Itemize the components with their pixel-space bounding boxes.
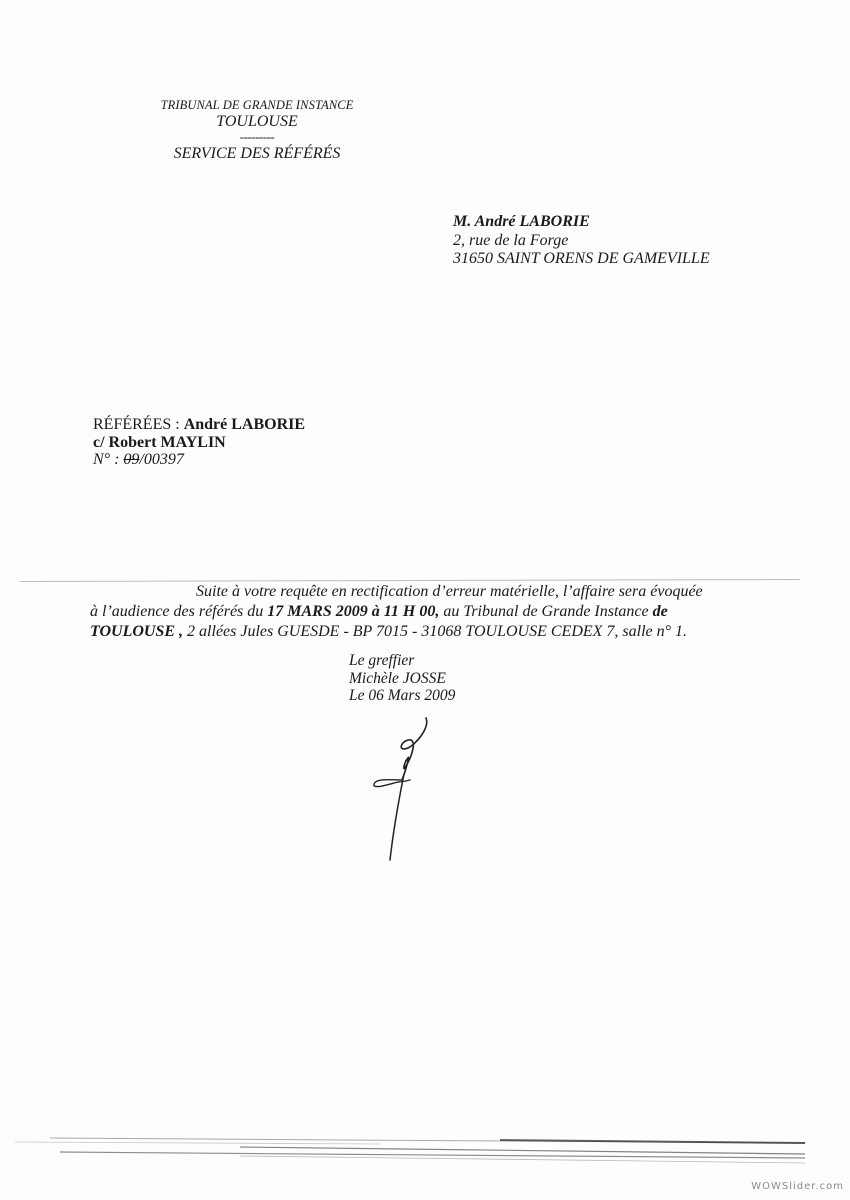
case-number-rest: /00397 (139, 451, 183, 468)
body-line-3: TOULOUSE , 2 allées Jules GUESDE - BP 70… (90, 622, 750, 642)
court-address: 2 allées Jules GUESDE - BP 7015 - 31068 … (183, 623, 687, 640)
handwritten-signature-icon (368, 714, 448, 864)
case-number-label: N° : (93, 451, 123, 468)
recipient-street: 2, rue de la Forge (453, 232, 710, 251)
body-line-2-start: à l’audience des référés du (90, 603, 267, 620)
signature-block: Le greffier Michèle JOSSE Le 06 Mars 200… (349, 652, 455, 705)
body-line-1: Suite à votre requête en rectification d… (90, 582, 750, 602)
signatory-role: Le greffier (349, 652, 455, 670)
recipient-address: M. André LABORIE 2, rue de la Forge 3165… (453, 213, 710, 269)
recipient-postal-city: 31650 SAINT ORENS DE GAMEVILLE (453, 250, 710, 269)
recipient-name: M. André LABORIE (453, 213, 710, 232)
body-line-2-end: au Tribunal de Grande Instance (439, 603, 652, 620)
watermark: WOWSlider.com (751, 1181, 844, 1192)
plaintiff-name: André LABORIE (184, 416, 305, 433)
case-parties: RÉFÉRÉES : André LABORIE c/ Robert MAYLI… (93, 416, 305, 469)
case-number-struck: 09 (123, 451, 139, 468)
signatory-name: Michèle JOSSE (349, 670, 455, 688)
footer-scan-lines (0, 1125, 850, 1175)
body-line-2: à l’audience des référés du 17 MARS 2009… (90, 602, 750, 622)
hearing-datetime: 17 MARS 2009 à 11 H 00, (267, 603, 439, 620)
court-city-bold: TOULOUSE , (90, 623, 183, 640)
defendant-line: c/ Robert MAYLIN (93, 434, 305, 452)
plaintiff-line: RÉFÉRÉES : André LABORIE (93, 416, 305, 434)
header-separator: --------- (112, 131, 402, 143)
parties-label: RÉFÉRÉES : (93, 416, 184, 433)
body-line-2-bold-end: de (653, 603, 668, 620)
case-number: N° : 09/00397 (93, 451, 305, 469)
court-service: SERVICE DES RÉFÉRÉS (112, 143, 402, 165)
notice-body: Suite à votre requête en rectification d… (90, 582, 750, 642)
defendant-name: Robert MAYLIN (109, 434, 226, 451)
signature-date: Le 06 Mars 2009 (349, 687, 455, 705)
court-institution: TRIBUNAL DE GRANDE INSTANCE (112, 97, 402, 113)
defendant-prefix: c/ (93, 434, 109, 451)
court-header: TRIBUNAL DE GRANDE INSTANCE TOULOUSE ---… (112, 97, 402, 165)
